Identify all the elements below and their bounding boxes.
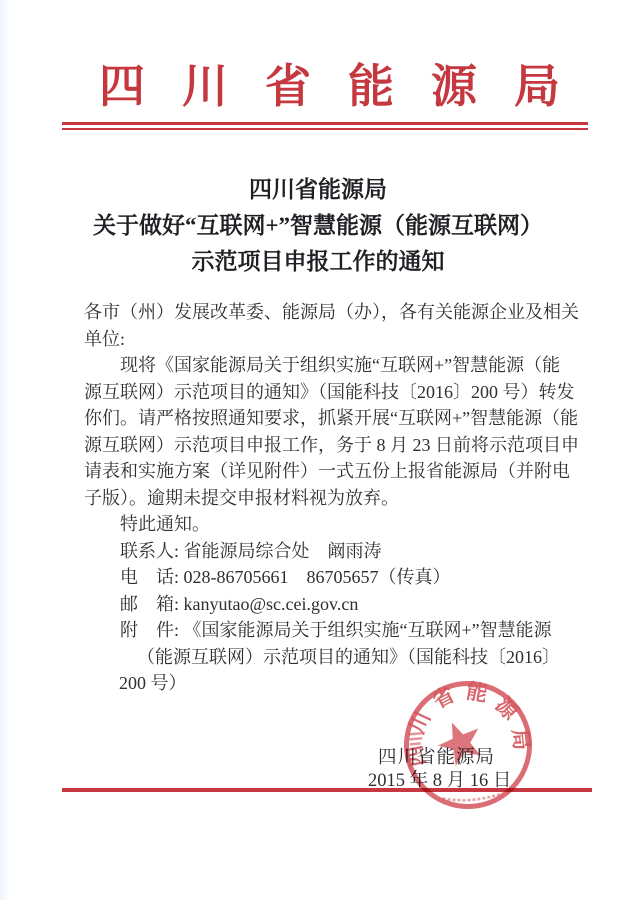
- letterhead-rule-thick: [62, 122, 588, 125]
- body-line: 单位:: [84, 326, 594, 353]
- body-line: 请表和实施方案（详见附件）一式五份上报省能源局（并附电: [84, 458, 594, 485]
- document-page: 四川省能源局 四川省能源局 关于做好“互联网+”智慧能源（能源互联网） 示范项目…: [0, 0, 636, 900]
- body-line: 源互联网）示范项目的通知》（国能科技〔2016〕200 号）转发: [84, 379, 594, 406]
- closing-note: 特此通知。: [84, 511, 594, 538]
- body-line: 子版）。逾期未提交申报材料视为放弃。: [84, 485, 594, 512]
- attachment-note: 附 件: 《国家能源局关于组织实施“互联网+”智慧能源（能源互联网）示范项目的通…: [84, 617, 594, 697]
- body-line: 现将《国家能源局关于组织实施“互联网+”智慧能源（能: [120, 352, 594, 379]
- body-line: 源互联网）示范项目申报工作，务于 8 月 23 日前将示范项目申: [84, 432, 594, 459]
- body-line: 各市（州）发展改革委、能源局（办），各有关能源企业及相关: [84, 299, 594, 326]
- body-line: 邮 箱: kanyutao@sc.cei.gov.cn: [120, 591, 594, 618]
- document-title-line3: 示范项目申报工作的通知: [0, 244, 636, 280]
- document-title-line2: 关于做好“互联网+”智慧能源（能源互联网）: [0, 208, 636, 244]
- body-line: 附 件: 《国家能源局关于组织实施“互联网+”智慧能源: [120, 617, 594, 644]
- body-line: 电 话: 028-86705661 86705657（传真）: [120, 564, 594, 591]
- letterhead-org-name: 四川省能源局: [62, 62, 588, 112]
- main-paragraph: 现将《国家能源局关于组织实施“互联网+”智慧能源（能源互联网）示范项目的通知》（…: [84, 352, 594, 511]
- salutation: 各市（州）发展改革委、能源局（办），各有关能源企业及相关单位:: [84, 299, 594, 352]
- body-line: 你们。请严格按照通知要求，抓紧开展“互联网+”智慧能源（能: [84, 405, 594, 432]
- body-line: （能源互联网）示范项目的通知》（国能科技〔2016〕: [137, 644, 594, 671]
- document-body: 各市（州）发展改革委、能源局（办），各有关能源企业及相关单位: 现将《国家能源局…: [84, 299, 594, 697]
- scan-edge-shadow: [0, 0, 10, 900]
- body-line: 联系人: 省能源局综合处 阚雨涛: [120, 538, 594, 565]
- contact-info: 联系人: 省能源局综合处 阚雨涛电 话: 028-86705661 867056…: [84, 538, 594, 618]
- document-title: 四川省能源局 关于做好“互联网+”智慧能源（能源互联网） 示范项目申报工作的通知: [0, 172, 636, 280]
- seal-bottom-micro-text: [443, 793, 503, 802]
- body-line: 特此通知。: [120, 511, 594, 538]
- document-title-line1: 四川省能源局: [0, 172, 636, 208]
- letterhead-rule-thin: [62, 128, 588, 130]
- body-line: 200 号）: [119, 670, 594, 697]
- bottom-rule: [62, 788, 592, 792]
